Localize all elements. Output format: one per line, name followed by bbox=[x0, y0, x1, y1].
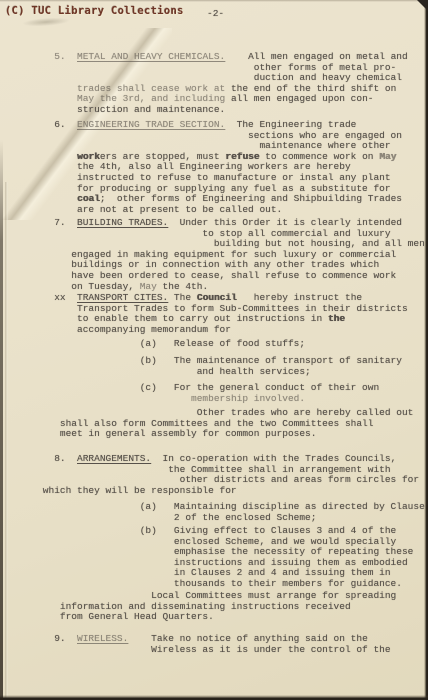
section-item-xx-c: (c) For the general conduct of their own… bbox=[20, 383, 379, 404]
section-item-5: 5. METAL AND HEAVY CHEMICALS. All men en… bbox=[20, 52, 408, 116]
paper-crease-vertical bbox=[5, 182, 8, 700]
section-item-xx-a: (a) Release of food stuffs; bbox=[20, 339, 305, 350]
scan-edge-left bbox=[0, 140, 3, 700]
section-item-7: 7. BUILDING TRADES. Under this Order it … bbox=[20, 218, 425, 292]
section-item-9: 9. WIRELESS. Take no notice of anything … bbox=[20, 634, 391, 655]
section-para-other-trades: Other trades who are hereby called out s… bbox=[20, 408, 413, 440]
section-item-8-b: (b) Giving effect to Clauses 3 and 4 of … bbox=[20, 526, 413, 590]
section-item-xx: xx TRANSPORT CITES. The Council hereby i… bbox=[20, 293, 408, 335]
section-item-xx-b: (b) The maintenance of transport of sani… bbox=[20, 356, 402, 377]
section-item-8-a: (a) Maintaining discipline as directed b… bbox=[20, 502, 425, 523]
library-watermark: (C) TUC Library Collections bbox=[5, 5, 184, 17]
paper-smudge bbox=[22, 16, 70, 27]
section-para-local-committees: Local Committees must arrange for spread… bbox=[20, 591, 396, 623]
scan-corner-top-right bbox=[417, 0, 428, 11]
section-item-8: 8. ARRANGEMENTS. In co-operation with th… bbox=[20, 454, 419, 496]
section-item-6: 6. ENGINEERING TRADE SECTION. The Engine… bbox=[20, 120, 402, 215]
scan-edge-top bbox=[0, 0, 428, 2]
scanned-document-page: (C) TUC Library Collections -2- 5. METAL… bbox=[0, 0, 428, 700]
scan-edge-right bbox=[424, 0, 428, 700]
scan-edge-bottom bbox=[0, 695, 428, 700]
page-number: -2- bbox=[207, 8, 224, 19]
